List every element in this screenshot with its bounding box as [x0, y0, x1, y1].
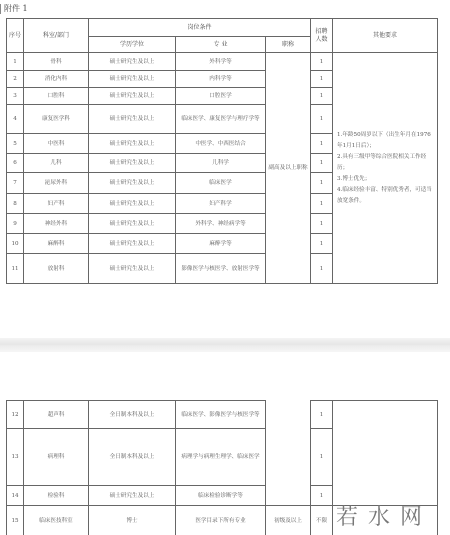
count-cell: 1	[311, 53, 333, 71]
seq-cell: 11	[7, 254, 24, 284]
dept-cell: 儿科	[24, 154, 89, 173]
education-cell: 硕士研究生及以上	[89, 134, 176, 154]
count-cell: 1	[311, 105, 333, 134]
seq-cell: 3	[7, 88, 24, 105]
education-cell: 硕士研究生及以上	[89, 234, 176, 254]
header-seq: 序号	[7, 19, 24, 53]
requirement-3: 3.博士优先；	[337, 174, 433, 185]
dept-cell: 中医科	[24, 134, 89, 154]
education-cell: 硕士研究生及以上	[89, 194, 176, 214]
major-cell: 儿科学	[176, 154, 266, 173]
count-cell: 1	[311, 254, 333, 284]
header-conditions: 岗位条件	[89, 19, 311, 37]
education-cell: 硕士研究生及以上	[89, 71, 176, 88]
seq-cell: 2	[7, 71, 24, 88]
dept-cell: 超声科	[24, 401, 89, 429]
requirement-2: 2.具有三级甲等综合医院相关工作经历；	[337, 152, 433, 174]
document-page-1: 附件 1 序号 科室/部门 岗位条件 招聘人数 其他要求 学历学位 专 业 职称…	[0, 0, 450, 338]
education-cell: 博士	[89, 506, 176, 535]
major-cell: 临床医学、康复医学与理疗学等	[176, 105, 266, 134]
header-title: 职称	[266, 37, 311, 53]
title-merged-cell: 副高及以上职称	[266, 53, 311, 284]
seq-cell: 13	[7, 429, 24, 486]
major-cell: 医学目录下所有专业	[176, 506, 266, 535]
seq-cell: 12	[7, 401, 24, 429]
count-cell: 1	[311, 154, 333, 173]
education-cell: 硕士研究生及以上	[89, 105, 176, 134]
count-cell: 1	[311, 134, 333, 154]
education-cell: 硕士研究生及以上	[89, 154, 176, 173]
education-cell: 全日制本科及以上	[89, 401, 176, 429]
count-cell: 1	[311, 486, 333, 506]
dept-cell: 消化内科	[24, 71, 89, 88]
seq-cell: 10	[7, 234, 24, 254]
major-cell: 外科学等	[176, 53, 266, 71]
dept-cell: 临床医技科室	[24, 506, 89, 535]
seq-cell: 4	[7, 105, 24, 134]
seq-cell: 14	[7, 486, 24, 506]
page-break-separator	[0, 338, 450, 352]
dept-cell: 康复医学科	[24, 105, 89, 134]
dept-cell: 妇产科	[24, 194, 89, 214]
header-dept: 科室/部门	[24, 19, 89, 53]
major-cell: 麻醉学等	[176, 234, 266, 254]
count-cell: 1	[311, 71, 333, 88]
table-row: 12 超声科 全日制本科及以上 临床医学、影像医学与核医学等 1	[7, 401, 438, 429]
seq-cell: 5	[7, 134, 24, 154]
table-row: 1 骨科 硕士研究生及以上 外科学等 副高及以上职称 1 1.年龄50周岁以下（…	[7, 53, 438, 71]
education-cell: 硕士研究生及以上	[89, 88, 176, 105]
education-cell: 硕士研究生及以上	[89, 173, 176, 194]
header-other: 其他要求	[333, 19, 438, 53]
dept-cell: 检验科	[24, 486, 89, 506]
count-cell: 1	[311, 429, 333, 486]
seq-cell: 6	[7, 154, 24, 173]
count-cell: 1	[311, 234, 333, 254]
header-major: 专 业	[176, 37, 266, 53]
count-cell: 1	[311, 194, 333, 214]
recruitment-table-page-1: 序号 科室/部门 岗位条件 招聘人数 其他要求 学历学位 专 业 职称 1 骨科…	[6, 18, 438, 284]
major-cell: 妇产科学	[176, 194, 266, 214]
seq-cell: 9	[7, 214, 24, 234]
major-cell: 中医学、中西医结合	[176, 134, 266, 154]
major-cell: 口腔医学	[176, 88, 266, 105]
count-cell: 1	[311, 214, 333, 234]
major-cell: 临床检验诊断学等	[176, 486, 266, 506]
title-cell: 初级及以上	[266, 506, 311, 535]
title-merged-cell	[266, 401, 311, 506]
seq-cell: 1	[7, 53, 24, 71]
requirement-1: 1.年龄50周岁以下（出生年月在1976年1月1日后）；	[337, 130, 433, 152]
education-cell: 硕士研究生及以上	[89, 214, 176, 234]
dept-cell: 骨科	[24, 53, 89, 71]
other-requirements-cell	[333, 401, 438, 506]
seq-cell: 8	[7, 194, 24, 214]
seq-cell: 15	[7, 506, 24, 535]
count-cell: 1	[311, 88, 333, 105]
dept-cell: 泌尿外科	[24, 173, 89, 194]
dept-cell: 神经外科	[24, 214, 89, 234]
major-cell: 内科学等	[176, 71, 266, 88]
dept-cell: 口腔科	[24, 88, 89, 105]
major-cell: 外科学、神经病学等	[176, 214, 266, 234]
major-cell: 临床医学	[176, 173, 266, 194]
dept-cell: 麻醉科	[24, 234, 89, 254]
major-cell: 影像医学与核医学、放射医学等	[176, 254, 266, 284]
count-cell: 1	[311, 401, 333, 429]
major-cell: 临床医学、影像医学与核医学等	[176, 401, 266, 429]
count-cell: 不限	[311, 506, 333, 535]
count-cell: 1	[311, 173, 333, 194]
requirement-4: 4.临床经验丰富、特别优秀者，可适当放宽条件。	[337, 185, 433, 207]
education-cell: 硕士研究生及以上	[89, 53, 176, 71]
education-cell: 硕士研究生及以上	[89, 254, 176, 284]
dept-cell: 病理科	[24, 429, 89, 486]
watermark-logo: 若水网	[336, 500, 432, 531]
attachment-caption: 附件 1	[0, 4, 28, 14]
dept-cell: 放射科	[24, 254, 89, 284]
major-cell: 病理学与病理生理学、临床医学	[176, 429, 266, 486]
other-requirements-cell: 1.年龄50周岁以下（出生年月在1976年1月1日后）； 2.具有三级甲等综合医…	[333, 53, 438, 284]
header-count: 招聘人数	[311, 19, 333, 53]
education-cell: 硕士研究生及以上	[89, 486, 176, 506]
seq-cell: 7	[7, 173, 24, 194]
header-education: 学历学位	[89, 37, 176, 53]
education-cell: 全日制本科及以上	[89, 429, 176, 486]
document-page-2: 12 超声科 全日制本科及以上 临床医学、影像医学与核医学等 1 13 病理科 …	[0, 352, 450, 535]
